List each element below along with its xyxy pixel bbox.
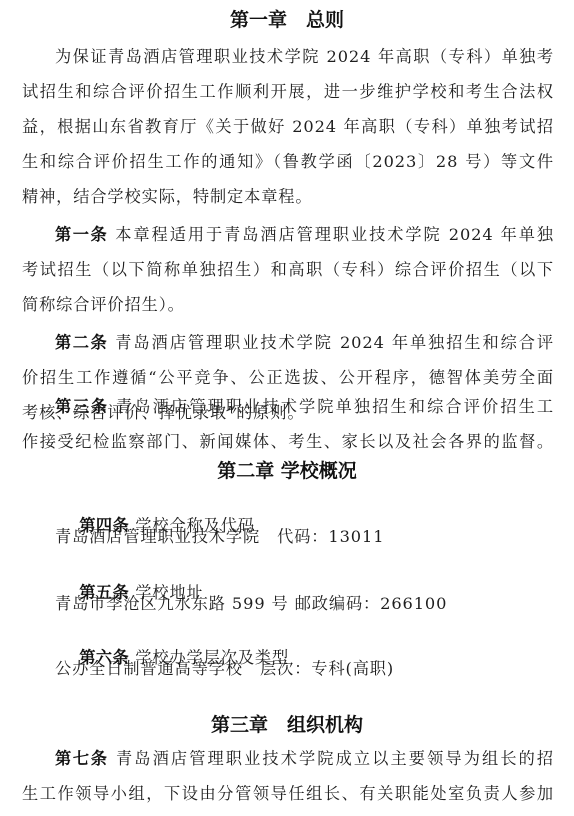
article-7-text-1: 青岛酒店管理职业技术学院成立以主要领导为组长的招: [116, 749, 554, 768]
article-2-label: 第二条: [55, 333, 108, 352]
preamble-line-1: 为保证青岛酒店管理职业技术学院 2024 年高职（专科）单独考: [55, 46, 554, 68]
preamble-line-2: 试招生和综合评价招生工作顺利开展，进一步维护学校和考生合法权: [22, 81, 554, 103]
article-3-line-1: 第三条 青岛酒店管理职业技术学院单独招生和综合评价招生工: [55, 396, 554, 418]
chapter-2-title: 第二章 学校概况: [0, 459, 574, 483]
preamble-line-4: 生和综合评价招生工作的通知》（鲁教学函〔2023〕28 号）等文件: [22, 151, 554, 173]
chapter-3-title: 第三章 组织机构: [0, 713, 574, 737]
preamble-line-3: 益，根据山东省教育厅《关于做好 2024 年高职（专科）单独考试招: [22, 116, 554, 138]
chapter-1-title: 第一章 总则: [0, 8, 574, 32]
article-7-line-2: 生工作领导小组，下设由分管领导任组长、有关职能处室负责人参加: [22, 783, 554, 805]
article-1-line-3: 简称综合评价招生）。: [22, 294, 554, 316]
article-1-line-2: 考试招生（以下简称单独招生）和高职（专科）综合评价招生（以下: [22, 259, 554, 281]
article-7-line-1: 第七条 青岛酒店管理职业技术学院成立以主要领导为组长的招: [55, 748, 554, 770]
article-1-text-1: 本章程适用于青岛酒店管理职业技术学院 2024 年单独: [115, 225, 554, 244]
school-level-type: 公办全日制普通高等学校 层次：专科(高职): [55, 658, 574, 680]
article-2-line-2: 价招生工作遵循“公平竞争、公正选拔、公开程序，德智体美劳全面: [22, 367, 554, 389]
document-page: 第一章 总则 为保证青岛酒店管理职业技术学院 2024 年高职（专科）单独考 试…: [0, 0, 574, 816]
school-name-code: 青岛酒店管理职业技术学院 代码：13011: [55, 526, 574, 548]
article-2-text-1: 青岛酒店管理职业技术学院 2024 年单独招生和综合评: [115, 333, 554, 352]
school-address: 青岛市李沧区九水东路 599 号 邮政编码：266100: [55, 593, 574, 615]
article-3-text-1: 青岛酒店管理职业技术学院单独招生和综合评价招生工: [116, 397, 554, 416]
article-1-line-1: 第一条 本章程适用于青岛酒店管理职业技术学院 2024 年单独: [55, 224, 554, 246]
preamble-line-5: 精神，结合学校实际，特制定本章程。: [22, 186, 554, 208]
article-2-line-1: 第二条 青岛酒店管理职业技术学院 2024 年单独招生和综合评: [55, 332, 554, 354]
article-1-label: 第一条: [55, 225, 108, 244]
article-3-label: 第三条: [55, 397, 109, 416]
article-3-line-2: 作接受纪检监察部门、新闻媒体、考生、家长以及社会各界的监督。: [22, 431, 554, 453]
article-7-label: 第七条: [55, 749, 109, 768]
